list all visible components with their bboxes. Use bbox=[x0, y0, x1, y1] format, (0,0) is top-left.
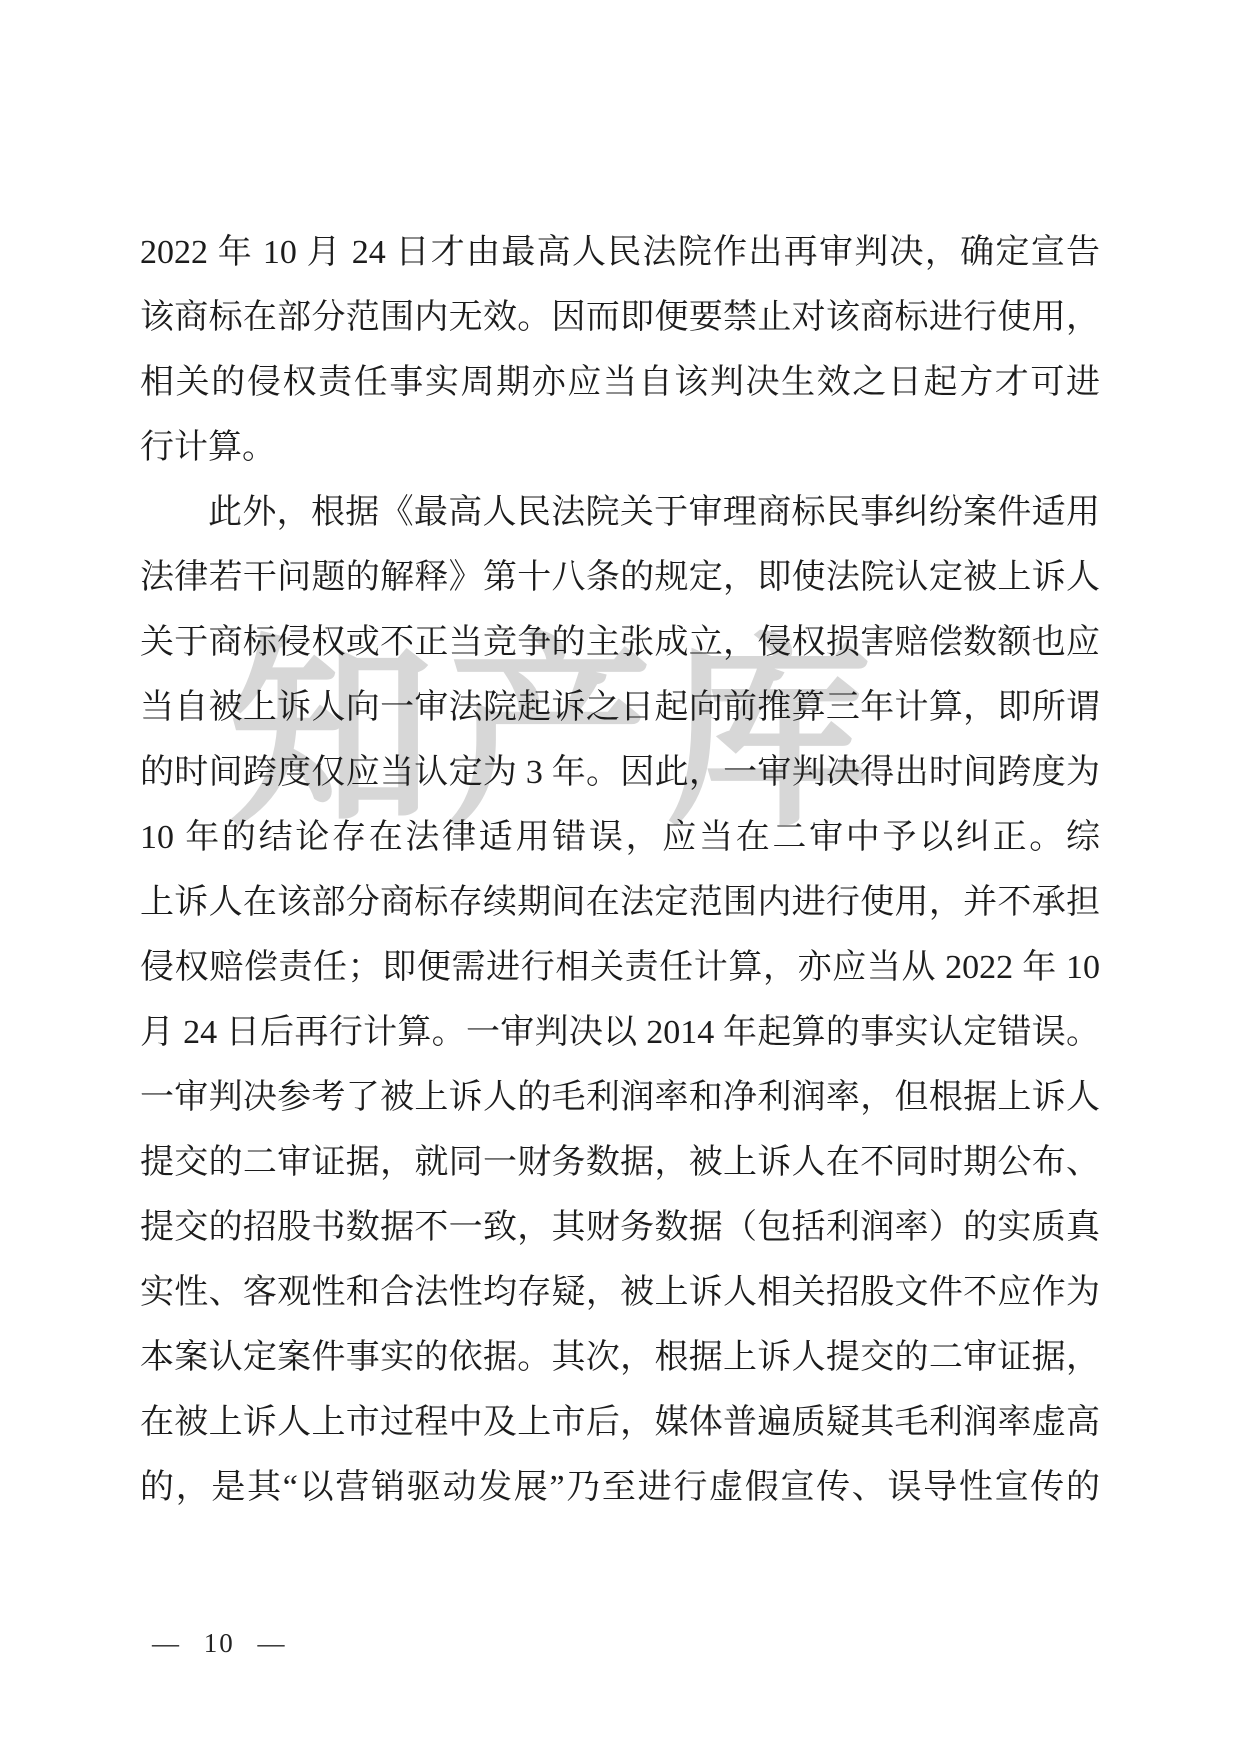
text-line: 在被上诉人上市过程中及上市后，媒体普遍质疑其毛利润率虚高 bbox=[140, 1390, 1100, 1455]
text-line: 提交的二审证据，就同一财务数据，被上诉人在不同时期公布、 bbox=[140, 1130, 1100, 1195]
page-number: — 10 — bbox=[152, 1626, 287, 1660]
text-line: 的时间跨度仅应当认定为 3 年。因此，一审判决得出时间跨度为 bbox=[140, 740, 1100, 805]
text-line: 的，是其“以营销驱动发展”乃至进行虚假宣传、误导性宣传的 bbox=[140, 1455, 1100, 1520]
text-line: 提交的招股书数据不一致，其财务数据（包括利润率）的实质真 bbox=[140, 1195, 1100, 1260]
text-line: 关于商标侵权或不正当竞争的主张成立，侵权损害赔偿数额也应 bbox=[140, 610, 1100, 675]
text-line: 该商标在部分范围内无效。因而即便要禁止对该商标进行使用， bbox=[140, 285, 1100, 350]
text-line: 此外，根据《最高人民法院关于审理商标民事纠纷案件适用 bbox=[140, 480, 1100, 545]
body-text: 2022 年 10 月 24 日才由最高人民法院作出再审判决，确定宣告 该商标在… bbox=[140, 220, 1100, 1520]
text-line: 上诉人在该部分商标存续期间在法定范围内进行使用，并不承担 bbox=[140, 870, 1100, 935]
text-line: 实性、客观性和合法性均存疑，被上诉人相关招股文件不应作为 bbox=[140, 1260, 1100, 1325]
text-line: 10 年的结论存在法律适用错误，应当在二审中予以纠正。综上， bbox=[140, 805, 1100, 870]
text-line: 相关的侵权责任事实周期亦应当自该判决生效之日起方才可进 bbox=[140, 350, 1100, 415]
text-line: 本案认定案件事实的依据。其次，根据上诉人提交的二审证据， bbox=[140, 1325, 1100, 1390]
text-line: 月 24 日后再行计算。一审判决以 2014 年起算的事实认定错误。 bbox=[140, 1000, 1100, 1065]
document-page: 知产库 2022 年 10 月 24 日才由最高人民法院作出再审判决，确定宣告 … bbox=[0, 0, 1240, 1753]
text-line: 2022 年 10 月 24 日才由最高人民法院作出再审判决，确定宣告 bbox=[140, 220, 1100, 285]
text-line: 法律若干问题的解释》第十八条的规定，即使法院认定被上诉人 bbox=[140, 545, 1100, 610]
text-line: 行计算。 bbox=[140, 415, 1100, 480]
text-line: 当自被上诉人向一审法院起诉之日起向前推算三年计算，即所谓 bbox=[140, 675, 1100, 740]
text-line: 侵权赔偿责任；即便需进行相关责任计算，亦应当从 2022 年 10 bbox=[140, 935, 1100, 1000]
text-line: 一审判决参考了被上诉人的毛利润率和净利润率，但根据上诉人 bbox=[140, 1065, 1100, 1130]
